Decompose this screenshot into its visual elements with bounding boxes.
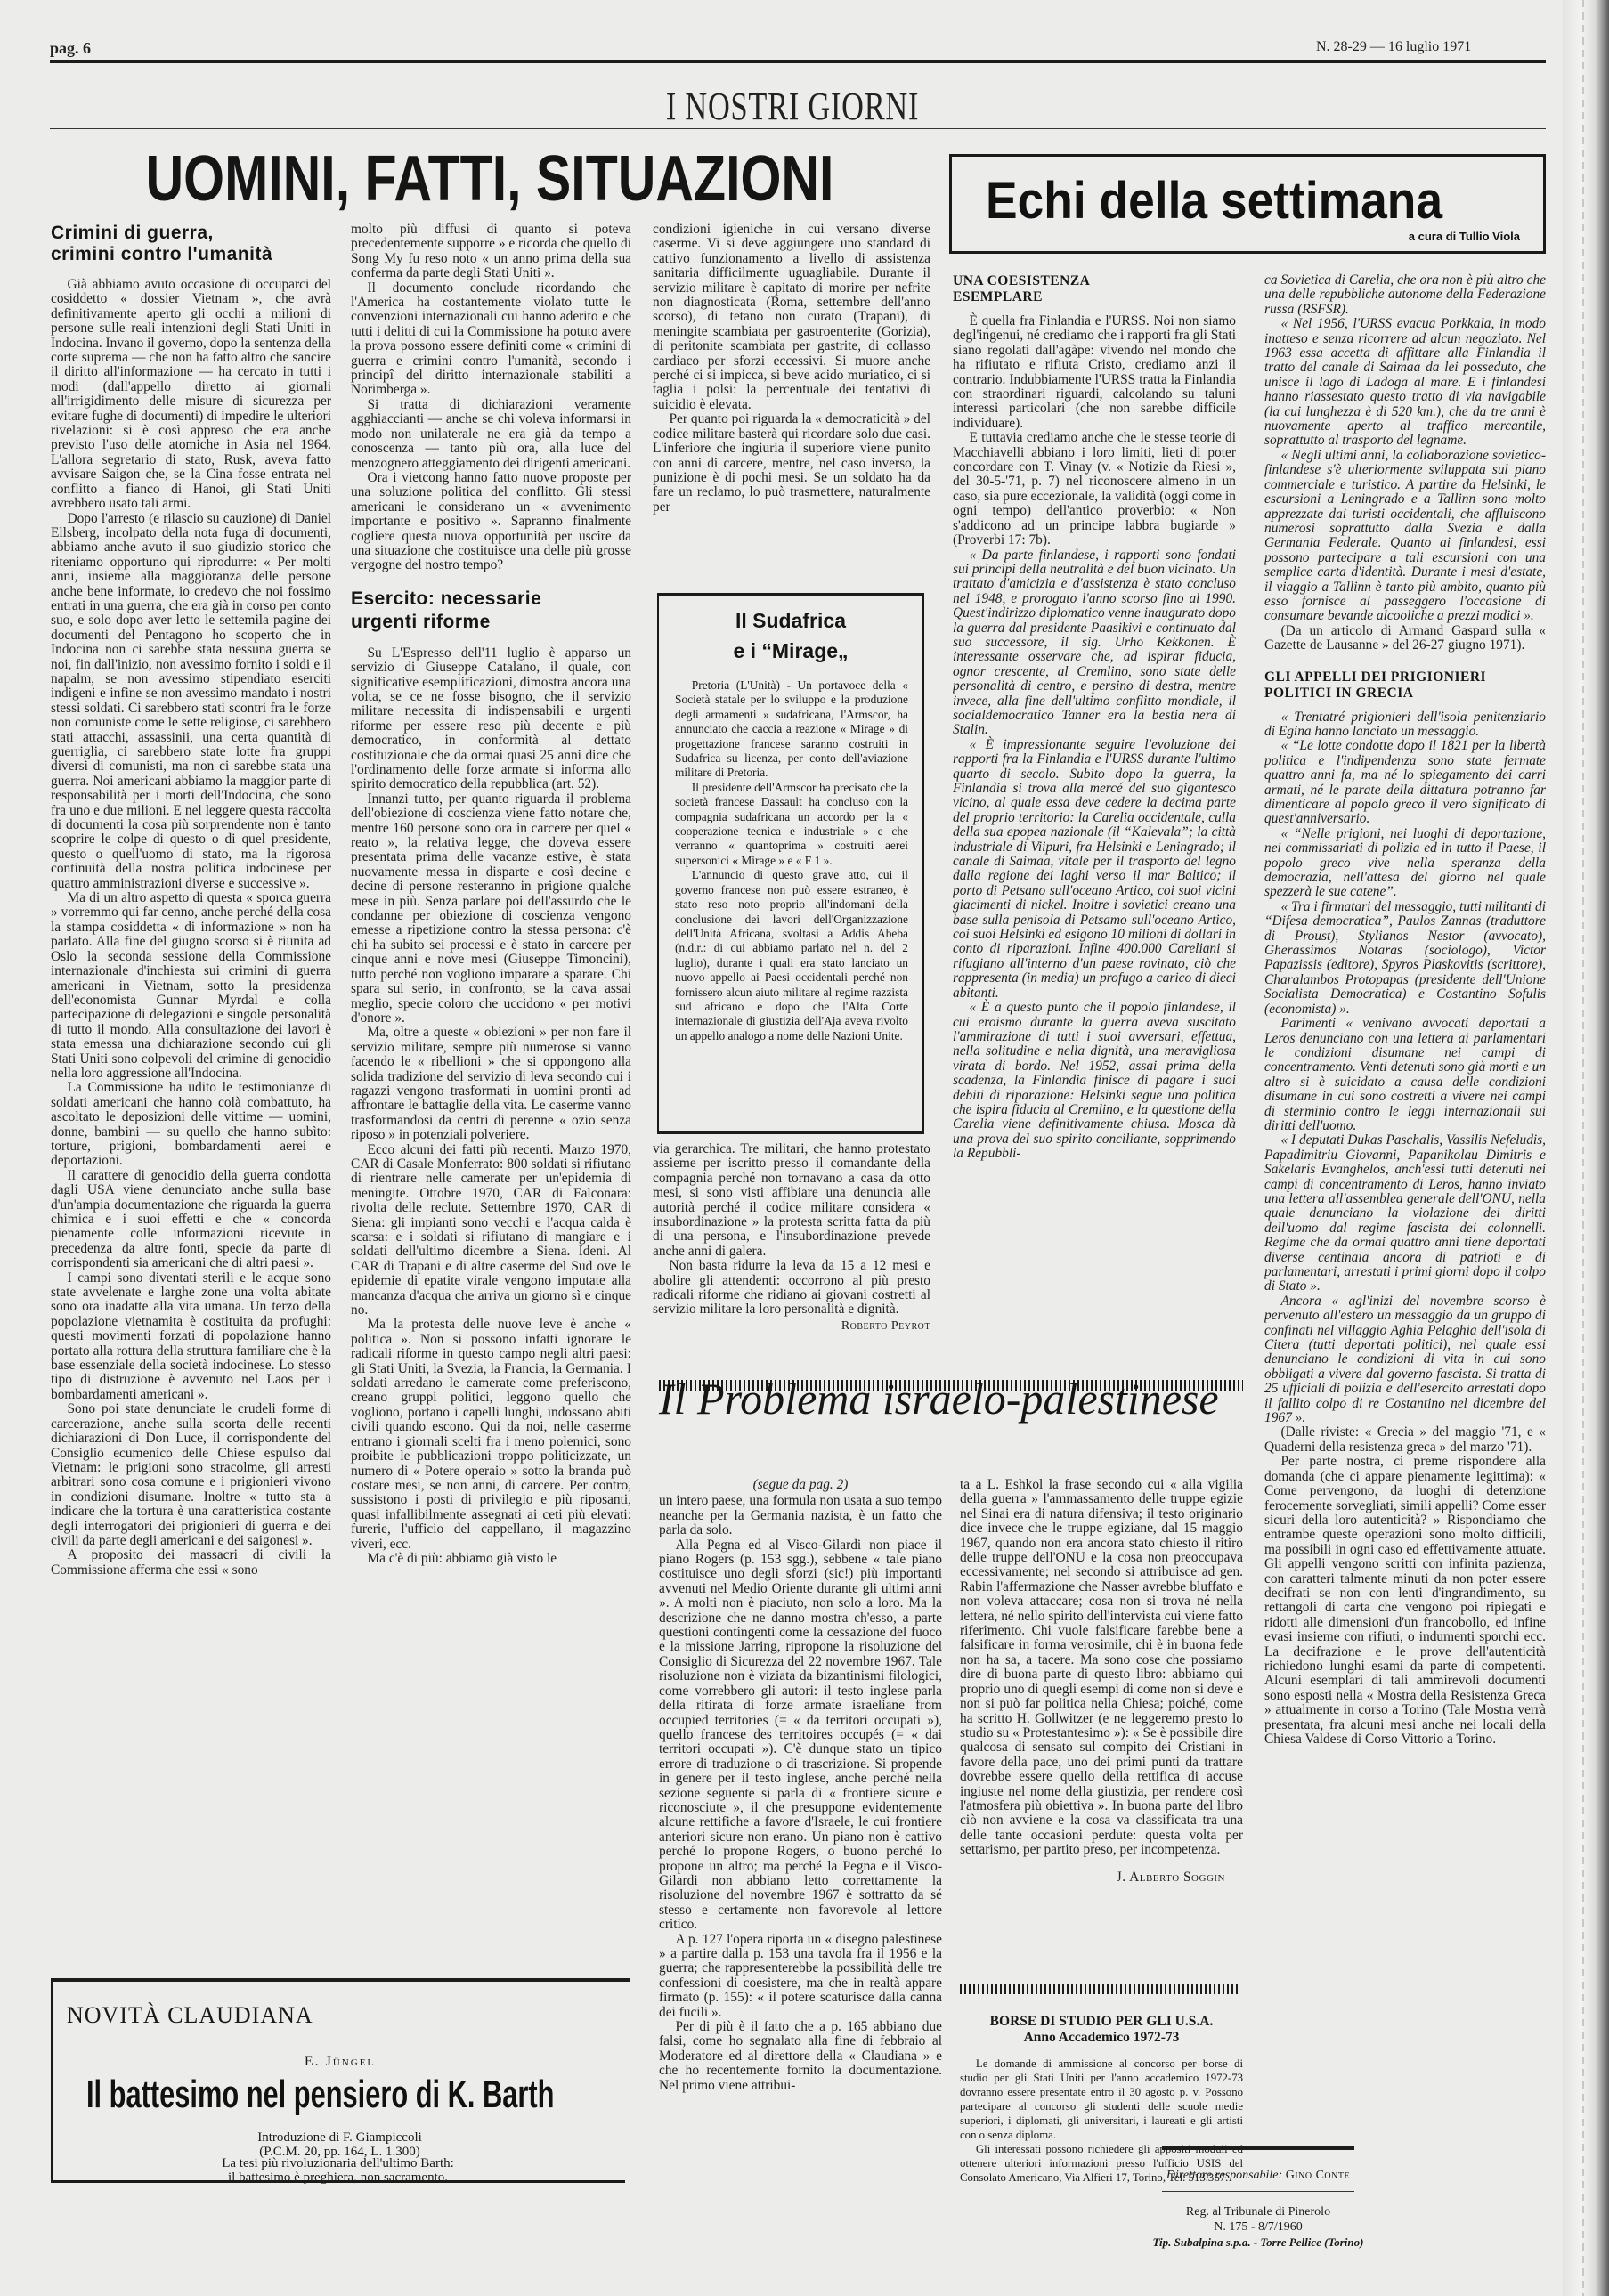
header-rule: [50, 60, 1546, 63]
sudafrica-title: Il Sudafrica e i “Mirage„: [659, 605, 922, 666]
ad-claudiana: NOVITÀ CLAUDIANA E. Jüngel Il battesimo …: [51, 1981, 625, 2183]
signature-peyrot: Roberto Peyrot: [653, 1319, 930, 1334]
ad-author: E. Jüngel: [53, 2054, 627, 2070]
ad-label: NOVITÀ CLAUDIANA: [67, 2002, 313, 2032]
colophon-director: Direttore responsabile: Gino Conte: [1162, 2169, 1354, 2183]
borse-body: Le domande di ammissione al concorso per…: [960, 2057, 1243, 2185]
page-number: pag. 6: [50, 39, 91, 58]
article-esercito-end: via gerarchica. Tre militari, che hanno …: [653, 1142, 930, 1347]
echi-subtitle: a cura di Tullio Viola: [1409, 230, 1520, 243]
article-crimini: Crimini di guerra, crimini contro l'uman…: [51, 223, 331, 1945]
newspaper-page: pag. 6 N. 28-29 — 16 luglio 1971 I NOSTR…: [0, 0, 1609, 2296]
sudafrica-body: Pretoria (L'Unità) - Un portavoce della …: [659, 666, 922, 1043]
borse-title: BORSE DI STUDIO PER GLI U.S.A. Anno Acca…: [960, 2014, 1243, 2046]
colophon-registration: Reg. al Tribunale di Pinerolo N. 175 - 8…: [1149, 2204, 1368, 2250]
section-title: I NOSTRI GIORNI: [175, 84, 1410, 129]
israel-column-1: (segue da pag. 2) un intero paese, una f…: [659, 1478, 942, 2296]
issue-date: N. 28-29 — 16 luglio 1971: [1316, 39, 1471, 55]
ad-tagline: La tesi più rivoluzionaria dell'ultimo B…: [51, 2156, 625, 2185]
israel-article-title: Il Problema israelo-palestinese: [659, 1374, 1282, 1424]
echi-title: Echi della settimana: [986, 174, 1442, 228]
colophon-thin-rule: [1162, 2191, 1354, 2192]
article-esercito-title: Esercito: necessarie urgenti riforme: [351, 588, 631, 634]
echi-box: Echi della settimana a cura di Tullio Vi…: [949, 154, 1546, 254]
israel-column-2: ta a L. Eshkol la frase secondo cui « al…: [960, 1478, 1243, 1950]
colophon-rule: [1162, 2146, 1354, 2150]
main-headline: UOMINI, FATTI, SITUAZIONI: [132, 142, 848, 215]
borse-divider: [960, 1984, 1238, 1994]
borse-article: BORSE DI STUDIO PER GLI U.S.A. Anno Acca…: [960, 2014, 1243, 2185]
article-esercito-column: molto più diffusi di quanto si poteva pr…: [351, 223, 631, 1945]
box-sudafrica: Il Sudafrica e i “Mirage„ Pretoria (L'Un…: [657, 596, 924, 1131]
echi-column-a: UNA COESISTENZA ESEMPLARE È quella fra F…: [953, 273, 1236, 1342]
page-fold-edge: [1563, 0, 1609, 2296]
section-rule: [50, 128, 1546, 129]
continued-from: (segue da pag. 2): [659, 1478, 942, 1492]
echi-section2-title: GLI APPELLI DEI PRIGIONIERI POLITICI IN …: [1264, 669, 1546, 702]
article-crimini-title: Crimini di guerra, crimini contro l'uman…: [51, 223, 331, 265]
ad-intro: Introduzione di F. Giampiccoli (P.C.M. 2…: [53, 2130, 627, 2159]
article-esercito-cont: condizioni igieniche in cui versano dive…: [653, 223, 930, 580]
sudafrica-bottom-rule: [657, 1131, 924, 1134]
echi-column-b: ca Sovietica di Carelia, che ora non è p…: [1264, 273, 1546, 2054]
ad-book-title: Il battesimo nel pensiero di K. Barth: [86, 2075, 621, 2114]
echi-section1-title: UNA COESISTENZA ESEMPLARE: [953, 273, 1236, 305]
signature-soggin: J. Alberto Soggin: [960, 1870, 1243, 1885]
